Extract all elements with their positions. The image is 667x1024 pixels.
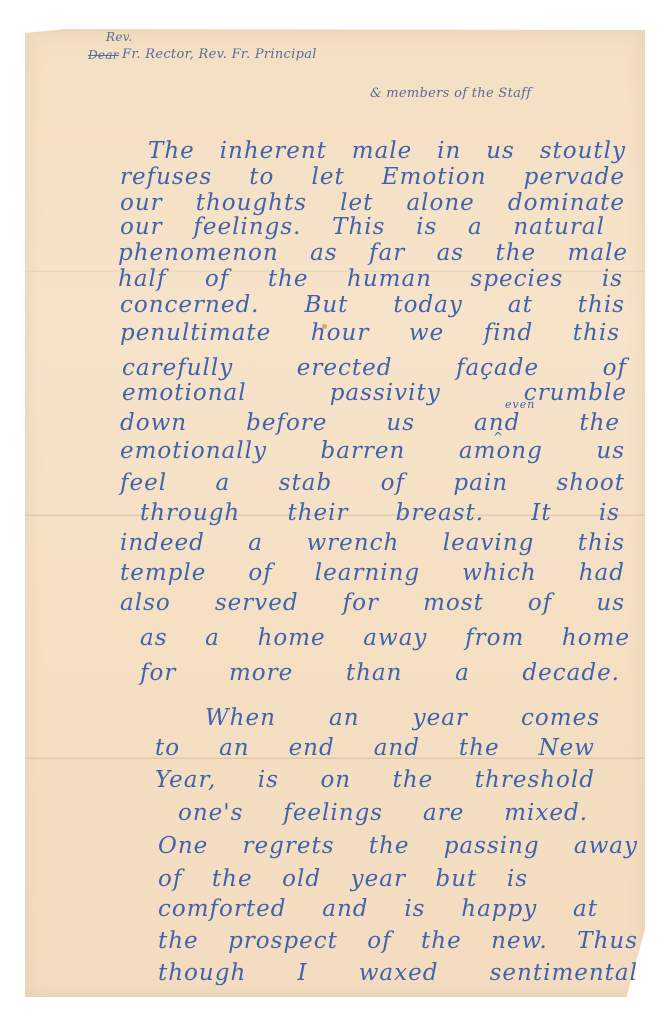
letter-line: carefully erected façade of xyxy=(122,355,627,381)
letter-line: concerned. But today at this xyxy=(120,292,625,318)
letter-line: for more than a decade. xyxy=(140,660,620,686)
letter-line: feel a stab of pain shoot xyxy=(120,470,625,496)
letter-line: though I waxed sentimental xyxy=(158,960,638,986)
letter-line: our thoughts let alone dominate xyxy=(120,190,625,216)
letter-line: refuses to let Emotion pervade xyxy=(120,164,625,190)
letter-line: The inherent male in us stoutly xyxy=(148,138,626,164)
letter-line: down before us and the xyxy=(120,410,620,436)
letter-line: temple of learning which had xyxy=(120,560,625,586)
letter-line: also served for most of us xyxy=(120,590,625,616)
letter-line: comforted and is happy at xyxy=(158,896,598,922)
letter-line: emotionally barren among us xyxy=(120,438,625,464)
letter-line: half of the human species is xyxy=(118,266,623,292)
letter-line: through their breast. It is xyxy=(140,500,620,526)
inserted-word: even xyxy=(505,398,535,411)
letter-line: phenomenon as far as the male xyxy=(118,240,628,266)
letter-line: emotional passivity crumble xyxy=(122,380,627,406)
letter-line: to an end and the New xyxy=(155,735,595,761)
letter-line: indeed a wrench leaving this xyxy=(120,530,625,556)
letter-line: as a home away from home xyxy=(140,625,630,651)
salutation-correction: Rev. xyxy=(106,30,133,44)
letter-line: penultimate hour we find this xyxy=(120,320,620,346)
scanned-page: Rev. Dear Fr. Rector, Rev. Fr. Principal… xyxy=(0,0,667,1024)
salutation-line-1: Fr. Rector, Rev. Fr. Principal xyxy=(122,47,317,62)
letter-line: One regrets the passing away xyxy=(158,833,638,859)
salutation-line-2: & members of the Staff xyxy=(370,86,531,101)
letter-line: the prospect of the new. Thus xyxy=(158,928,638,954)
salutation-struck-word: Dear xyxy=(88,48,119,62)
letter-line: Year, is on the threshold xyxy=(155,767,595,793)
letter-line: one's feelings are mixed. xyxy=(178,800,588,826)
letter-line: of the old year but is xyxy=(158,866,528,892)
letter-line: When an year comes xyxy=(205,705,600,731)
letter-line: our feelings. This is a natural xyxy=(120,214,605,240)
